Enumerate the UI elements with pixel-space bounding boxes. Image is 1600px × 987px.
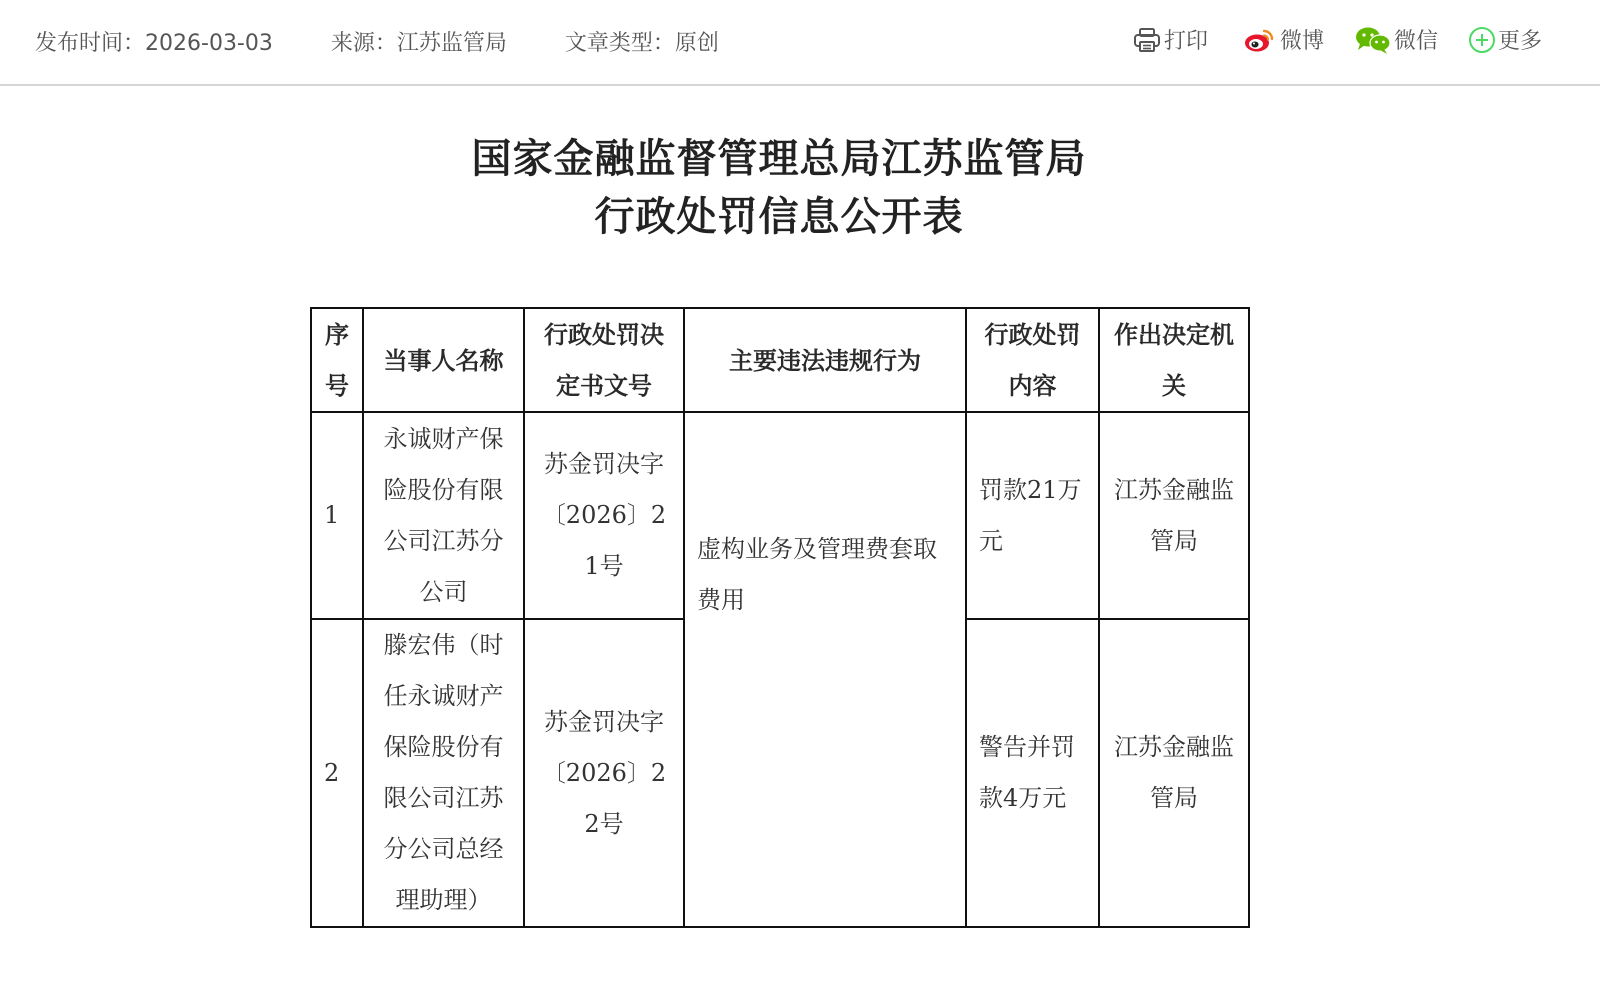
party-name: 永诚财产保险股份有限公司江苏分公司 <box>363 412 524 619</box>
penalty-content: 警告并罚款4万元 <box>966 619 1099 927</box>
penalty-content: 罚款21万元 <box>966 412 1099 619</box>
party-name: 滕宏伟（时任永诚财产保险股份有限公司江苏分公司总经理助理） <box>363 619 524 927</box>
header-behavior: 主要违法违规行为 <box>684 308 966 412</box>
table-header-row: 序号 当事人名称 行政处罚决定书文号 主要违法违规行为 行政处罚内容 作出决定机… <box>311 308 1249 412</box>
article-meta-bar: 发布时间：2026-03-03 来源：江苏监管局 文章类型：原创 打印 <box>0 0 1600 86</box>
plus-circle-icon <box>1468 26 1496 54</box>
row-index: 2 <box>311 619 363 927</box>
header-penalty: 行政处罚内容 <box>966 308 1099 412</box>
more-share-button[interactable]: 更多 <box>1468 24 1542 55</box>
publish-time-label: 发布时间： <box>35 31 145 56</box>
header-authority: 作出决定机关 <box>1099 308 1249 412</box>
document-title-line2: 行政处罚信息公开表 <box>0 188 1558 246</box>
article-type-label: 文章类型： <box>565 31 675 56</box>
decision-number: 苏金罚决字〔2026〕22号 <box>524 619 684 927</box>
article-meta: 发布时间：2026-03-03 来源：江苏监管局 文章类型：原创 <box>35 26 719 57</box>
wechat-icon <box>1354 25 1392 55</box>
row-index: 1 <box>311 412 363 619</box>
article-type-value: 原创 <box>675 31 719 56</box>
header-party: 当事人名称 <box>363 308 524 412</box>
print-button[interactable]: 打印 <box>1132 24 1208 55</box>
wechat-share-button[interactable]: 微信 <box>1354 24 1438 55</box>
source: 来源：江苏监管局 <box>331 26 507 57</box>
header-decision-no: 行政处罚决定书文号 <box>524 308 684 412</box>
penalty-table: 序号 当事人名称 行政处罚决定书文号 主要违法违规行为 行政处罚内容 作出决定机… <box>310 307 1250 928</box>
document-title-line1: 国家金融监督管理总局江苏监管局 <box>0 130 1558 188</box>
source-value: 江苏监管局 <box>397 31 507 56</box>
header-index: 序号 <box>311 308 363 412</box>
table-row: 1 永诚财产保险股份有限公司江苏分公司 苏金罚决字〔2026〕21号 虚构业务及… <box>311 412 1249 619</box>
article-type: 文章类型：原创 <box>565 26 719 57</box>
deciding-authority: 江苏金融监管局 <box>1099 619 1249 927</box>
more-label: 更多 <box>1498 24 1542 55</box>
weibo-share-button[interactable]: 微博 <box>1242 24 1324 55</box>
print-label: 打印 <box>1164 24 1208 55</box>
deciding-authority: 江苏金融监管局 <box>1099 412 1249 619</box>
weibo-label: 微博 <box>1280 24 1324 55</box>
printer-icon <box>1132 25 1162 55</box>
publish-time-value: 2026-03-03 <box>145 31 273 56</box>
publish-time: 发布时间：2026-03-03 <box>35 26 273 57</box>
violation-behavior: 虚构业务及管理费套取费用 <box>684 412 966 927</box>
wechat-label: 微信 <box>1394 24 1438 55</box>
share-bar: 打印 微博 <box>1132 24 1542 55</box>
source-label: 来源： <box>331 31 397 56</box>
decision-number: 苏金罚决字〔2026〕21号 <box>524 412 684 619</box>
weibo-icon <box>1242 25 1278 55</box>
